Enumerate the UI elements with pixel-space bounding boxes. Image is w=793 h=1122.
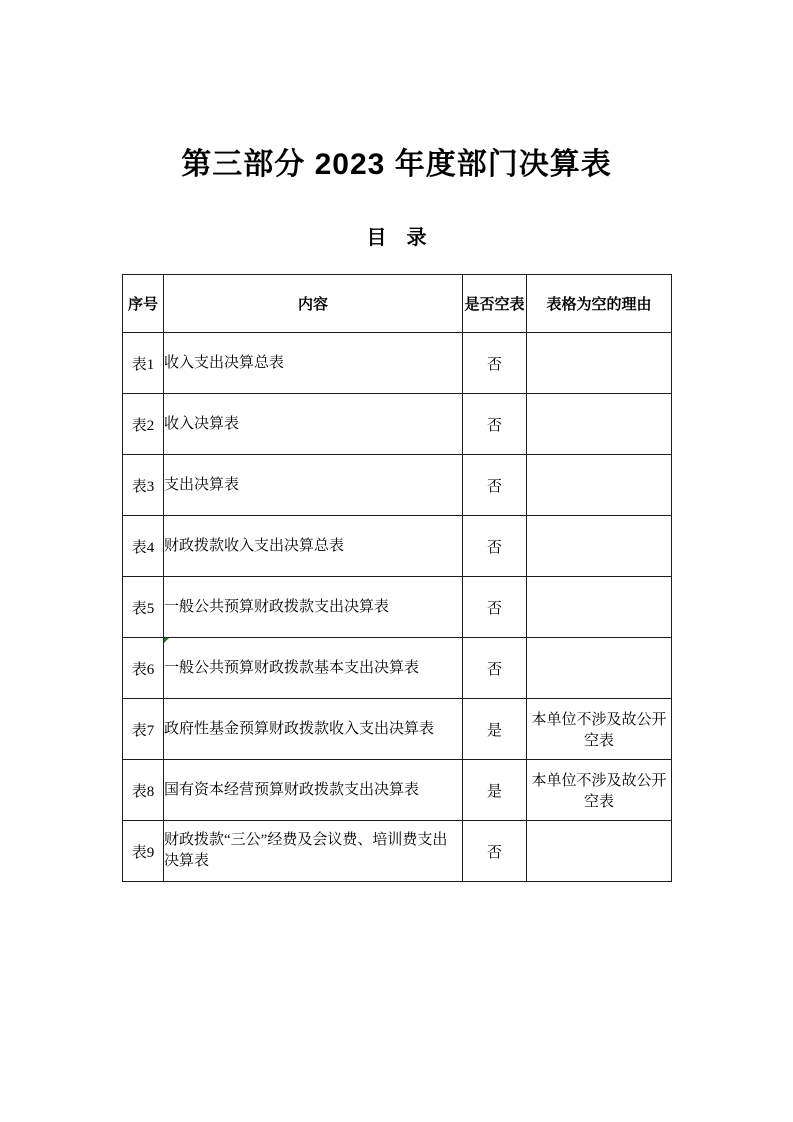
cell-content: 收入决算表: [164, 394, 463, 455]
cell-content-text: 一般公共预算财政拨款基本支出决算表: [164, 660, 419, 676]
cell-is-empty: 否: [463, 455, 527, 516]
cell-is-empty: 是: [463, 699, 527, 760]
cell-is-empty: 否: [463, 394, 527, 455]
cell-content: 政府性基金预算财政拨款收入支出决算表: [164, 699, 463, 760]
toc-table: 序号 内容 是否空表 表格为空的理由 表1 收入支出决算总表 否 表2 收入决算…: [122, 274, 672, 882]
cell-seq: 表7: [123, 699, 164, 760]
cell-content: 支出决算表: [164, 455, 463, 516]
cell-reason: 本单位不涉及故公开空表: [527, 760, 672, 821]
cell-is-empty: 否: [463, 516, 527, 577]
cell-seq: 表1: [123, 333, 164, 394]
cell-content-text: 支出决算表: [164, 477, 239, 493]
table-row: 表5 一般公共预算财政拨款支出决算表 否: [123, 577, 672, 638]
cell-reason: [527, 333, 672, 394]
table-row: 表3 支出决算表 否: [123, 455, 672, 516]
page-title: 第三部分 2023 年度部门决算表: [0, 0, 793, 184]
cell-seq: 表3: [123, 455, 164, 516]
table-row: 表7 政府性基金预算财政拨款收入支出决算表 是 本单位不涉及故公开空表: [123, 699, 672, 760]
cell-is-empty: 否: [463, 333, 527, 394]
cell-is-empty: 否: [463, 821, 527, 882]
cell-reason: 本单位不涉及故公开空表: [527, 699, 672, 760]
table-row: 表8 国有资本经营预算财政拨款支出决算表 是 本单位不涉及故公开空表: [123, 760, 672, 821]
cell-seq: 表5: [123, 577, 164, 638]
column-header-is-empty: 是否空表: [463, 275, 527, 333]
cell-seq: 表8: [123, 760, 164, 821]
cell-reason: [527, 516, 672, 577]
column-header-seq: 序号: [123, 275, 164, 333]
cell-content: 一般公共预算财政拨款支出决算表: [164, 577, 463, 638]
cell-content: 一般公共预算财政拨款基本支出决算表: [164, 638, 463, 699]
cell-content-text: 财政拨款收入支出决算总表: [164, 538, 344, 554]
cell-seq: 表9: [123, 821, 164, 882]
cell-content: 收入支出决算总表: [164, 333, 463, 394]
document-page: 第三部分 2023 年度部门决算表 目 录 序号 内容 是否空表 表格为空的理由…: [0, 0, 793, 1122]
cell-content: 财政拨款“三公”经费及会议费、培训费支出决算表: [164, 821, 463, 882]
cell-content-text: 收入决算表: [164, 416, 239, 432]
table-header-row: 序号 内容 是否空表 表格为空的理由: [123, 275, 672, 333]
table-row: 表2 收入决算表 否: [123, 394, 672, 455]
cell-reason: [527, 394, 672, 455]
cell-content-text: 收入支出决算总表: [164, 355, 284, 371]
cell-seq: 表2: [123, 394, 164, 455]
cell-reason: [527, 638, 672, 699]
cell-seq: 表4: [123, 516, 164, 577]
cell-content: 国有资本经营预算财政拨款支出决算表: [164, 760, 463, 821]
cell-reason: [527, 577, 672, 638]
green-triangle-marker: [164, 638, 169, 643]
cell-content-text: 一般公共预算财政拨款支出决算表: [164, 599, 389, 615]
cell-reason: [527, 821, 672, 882]
cell-is-empty: 是: [463, 760, 527, 821]
cell-is-empty: 否: [463, 577, 527, 638]
table-row: 表6 一般公共预算财政拨款基本支出决算表 否: [123, 638, 672, 699]
cell-content-text: 政府性基金预算财政拨款收入支出决算表: [164, 721, 434, 737]
table-row: 表9 财政拨款“三公”经费及会议费、培训费支出决算表 否: [123, 821, 672, 882]
cell-seq: 表6: [123, 638, 164, 699]
cell-content-text: 财政拨款“三公”经费及会议费、培训费支出决算表: [164, 832, 447, 869]
column-header-content: 内容: [164, 275, 463, 333]
cell-is-empty: 否: [463, 638, 527, 699]
toc-heading: 目 录: [0, 226, 793, 250]
column-header-reason: 表格为空的理由: [527, 275, 672, 333]
cell-content-text: 国有资本经营预算财政拨款支出决算表: [164, 782, 419, 798]
cell-reason: [527, 455, 672, 516]
table-row: 表1 收入支出决算总表 否: [123, 333, 672, 394]
table-row: 表4 财政拨款收入支出决算总表 否: [123, 516, 672, 577]
cell-content: 财政拨款收入支出决算总表: [164, 516, 463, 577]
